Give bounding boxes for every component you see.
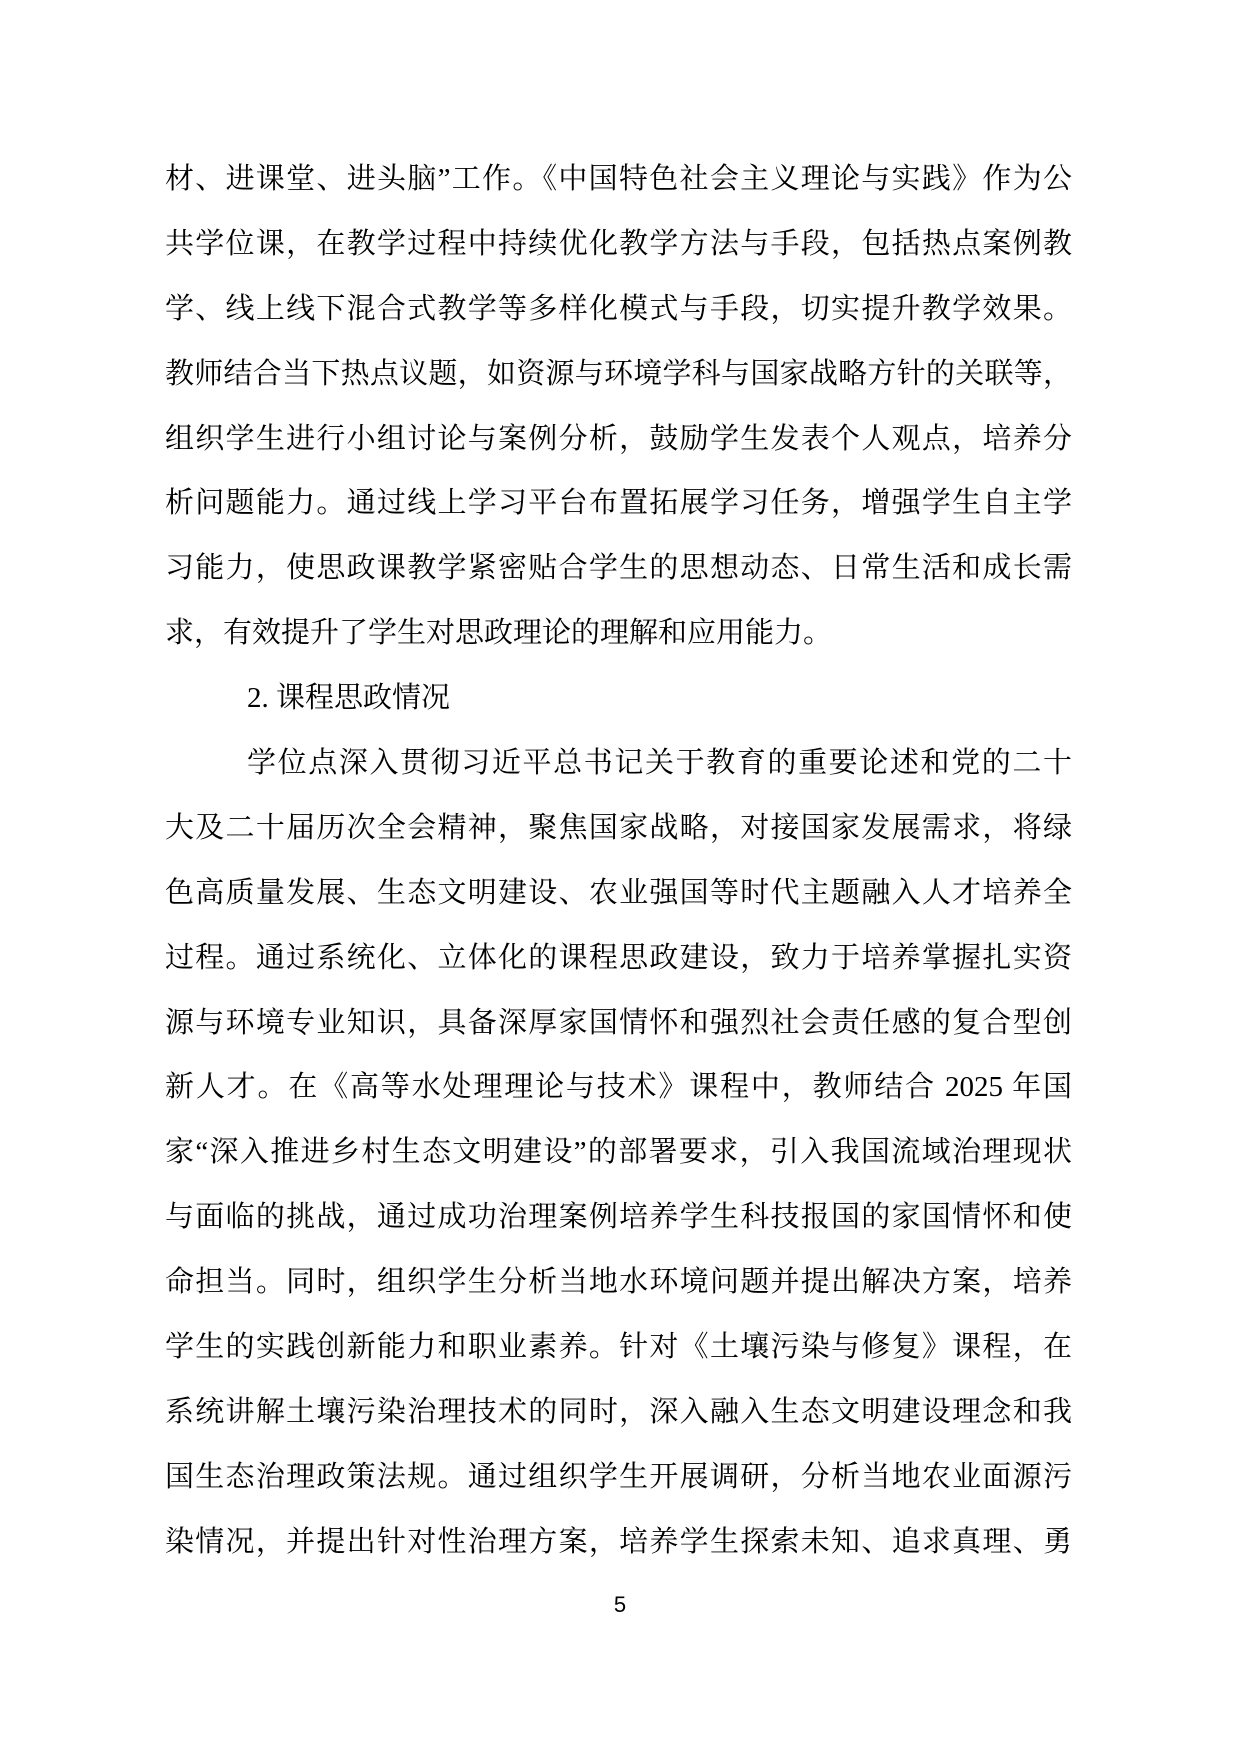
text-line: 材、进课堂、进头脑”工作。《中国特色社会主义理论与实践》作为公 <box>165 147 1072 212</box>
page-number: 5 <box>0 1590 1240 1620</box>
paragraph-start-line: 学位点深入贯彻习近平总书记关于教育的重要论述和党的二十 <box>165 731 1072 796</box>
text-line: 色高质量发展、生态文明建设、农业强国等时代主题融入人才培养全 <box>165 861 1072 926</box>
paragraph-end-line: 求，有效提升了学生对思政理论的理解和应用能力。 <box>165 601 1072 666</box>
text-line: 新人才。在《高等水处理理论与技术》课程中，教师结合 2025 年国 <box>165 1055 1072 1120</box>
text-line: 教师结合当下热点议题，如资源与环境学科与国家战略方针的关联等， <box>165 342 1072 407</box>
text-line: 共学位课，在教学过程中持续优化教学方法与手段，包括热点案例教 <box>165 212 1072 277</box>
text-line: 与面临的挑战，通过成功治理案例培养学生科技报国的家国情怀和使 <box>165 1185 1072 1250</box>
text-line: 析问题能力。通过线上学习平台布置拓展学习任务，增强学生自主学 <box>165 471 1072 536</box>
text-line: 大及二十届历次全会精神，聚焦国家战略，对接国家发展需求，将绿 <box>165 796 1072 861</box>
text-line: 染情况，并提出针对性治理方案，培养学生探索未知、追求真理、勇 <box>165 1510 1072 1575</box>
document-body: 材、进课堂、进头脑”工作。《中国特色社会主义理论与实践》作为公 共学位课，在教学… <box>165 147 1072 1575</box>
text-line: 习能力，使思政课教学紧密贴合学生的思想动态、日常生活和成长需 <box>165 536 1072 601</box>
document-page: 材、进课堂、进头脑”工作。《中国特色社会主义理论与实践》作为公 共学位课，在教学… <box>0 0 1240 1753</box>
text-line: 系统讲解土壤污染治理技术的同时，深入融入生态文明建设理念和我 <box>165 1380 1072 1445</box>
section-heading: 2. 课程思政情况 <box>165 666 1072 731</box>
text-line: 国生态治理政策法规。通过组织学生开展调研，分析当地农业面源污 <box>165 1445 1072 1510</box>
text-line: 学、线上线下混合式教学等多样化模式与手段，切实提升教学效果。 <box>165 277 1072 342</box>
text-line: 组织学生进行小组讨论与案例分析，鼓励学生发表个人观点，培养分 <box>165 407 1072 472</box>
text-line: 学生的实践创新能力和职业素养。针对《土壤污染与修复》课程，在 <box>165 1315 1072 1380</box>
text-line: 家“深入推进乡村生态文明建设”的部署要求，引入我国流域治理现状 <box>165 1120 1072 1185</box>
text-line: 源与环境专业知识，具备深厚家国情怀和强烈社会责任感的复合型创 <box>165 991 1072 1056</box>
text-line: 过程。通过系统化、立体化的课程思政建设，致力于培养掌握扎实资 <box>165 926 1072 991</box>
text-line: 命担当。同时，组织学生分析当地水环境问题并提出解决方案，培养 <box>165 1250 1072 1315</box>
